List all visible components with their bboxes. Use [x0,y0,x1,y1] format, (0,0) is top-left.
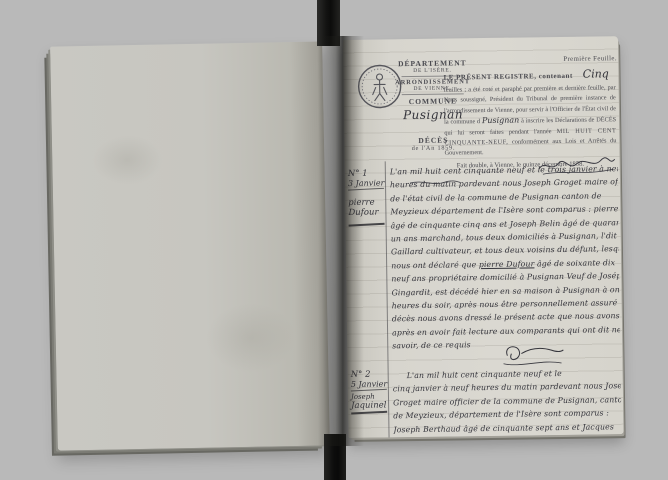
deceased-last-name: Dufour [348,207,384,218]
paper-stain [92,135,163,186]
registre-paragraph: feuilles ; a été coté et paraphé par pre… [444,83,617,159]
entry-date: 3 Janvier [348,178,384,188]
deceased-name-underlined: pierre Dufour [479,259,535,269]
paper-stain [205,302,296,374]
entry-2-margin: N° 2 5 Janvier Joseph Jaquinel [351,369,388,415]
left-blank-page [50,41,330,450]
entry-2-act-text: L'an mil huit cent cinquante neuf et le … [393,366,622,436]
commune-name-handwritten-inline: Pusignan [482,116,520,126]
entry-number: N° 1 [348,168,384,179]
deceased-last-name: Jaquinel [351,400,387,411]
entry-1-act-text: L'an mil huit cent cinquante neuf et le … [390,162,621,353]
mayor-signature-flourish [497,343,567,370]
first-sheet-label: Première Feuille. [563,55,617,63]
right-register-page: DÉPARTEMENT DE L'ISÈRE. ARRONDISSEMENT D… [343,36,624,438]
flourish-line [351,389,387,392]
entry-number: N° 2 [351,369,387,380]
flourish-line [351,411,387,415]
deceased-first-name: pierre [348,197,384,208]
scanned-register-photo: DÉPARTEMENT DE L'ISÈRE. ARRONDISSEMENT D… [0,0,668,480]
entry-1-margin: N° 1 3 Janvier pierre Dufour [348,168,385,227]
registre-opening: LE PRÉSENT REGISTRE, contenant [443,72,572,82]
entry-date: 5 Janvier [351,379,387,389]
flourish-line [349,223,385,227]
flourish-line [348,188,384,191]
act-line: Joseph Berthaud âgé de cinquante sept an… [393,420,621,437]
book-spine-bottom [324,434,346,480]
feuilles-count-handwritten: Cinq [583,67,609,80]
book-spine-top [317,0,340,46]
